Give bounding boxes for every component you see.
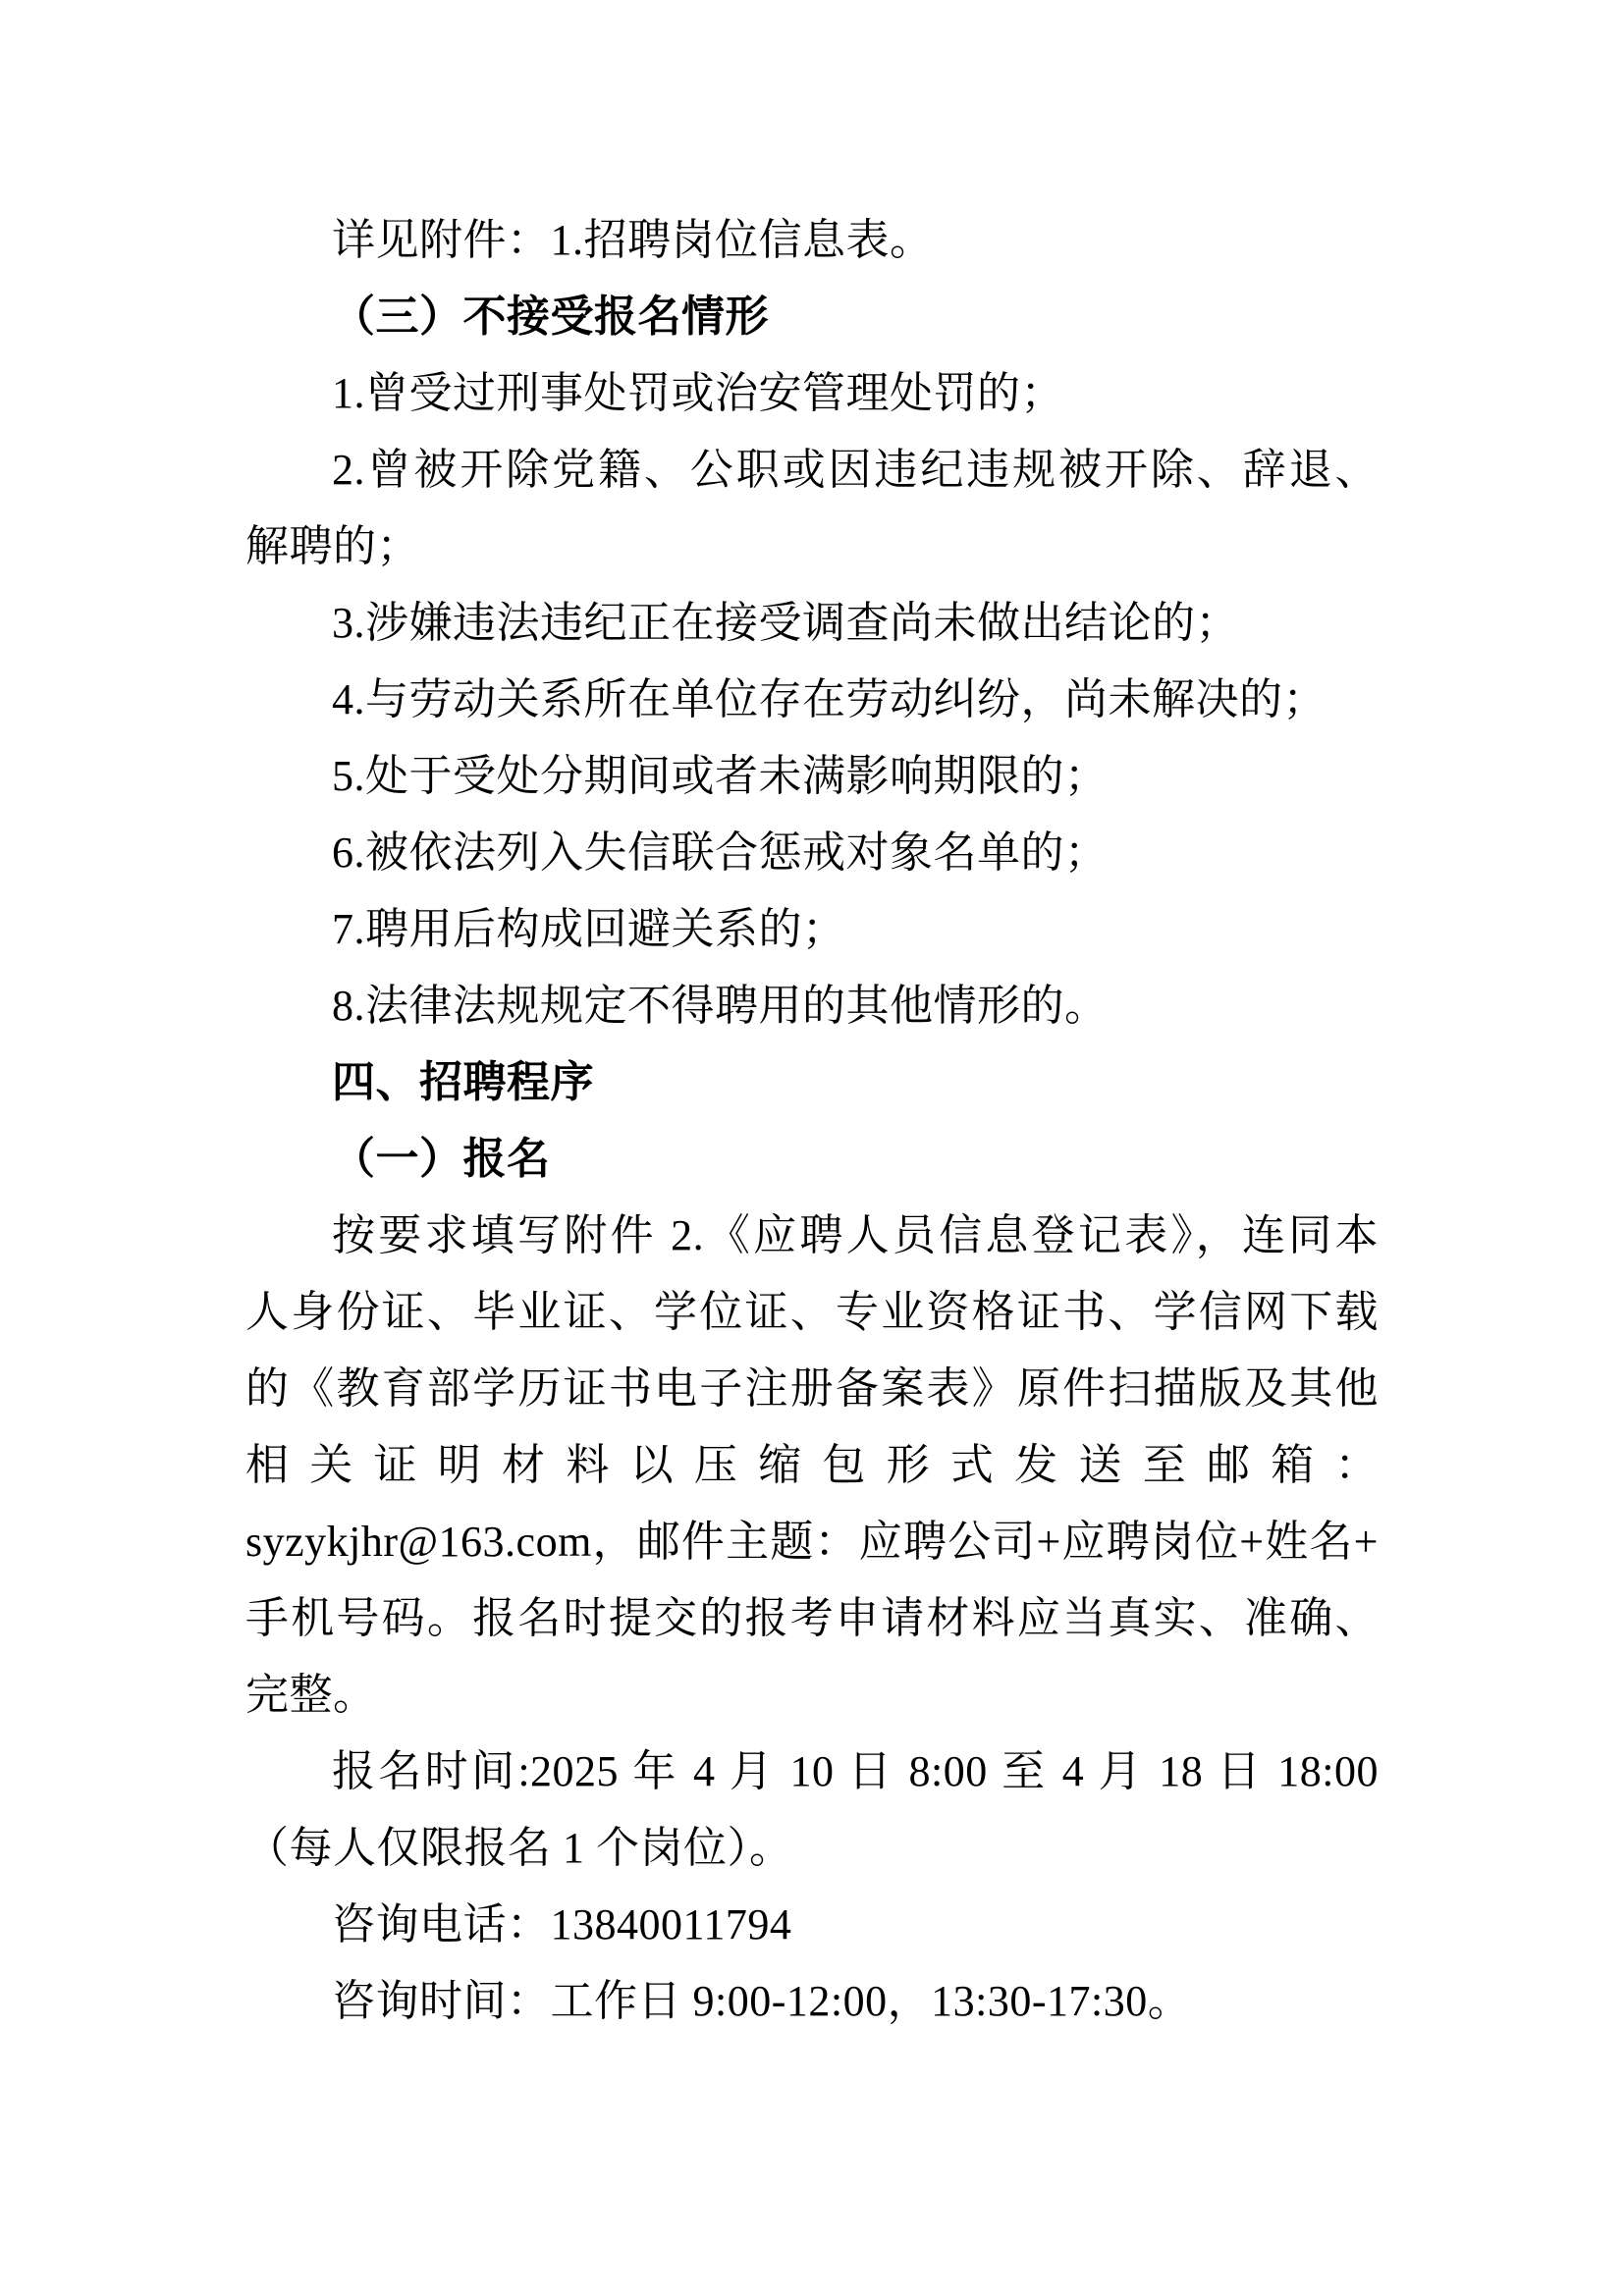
body-line: 3.涉嫌违法违纪正在接受调查尚未做出结论的；: [245, 585, 1379, 662]
body-line: 8.法律法规规定不得聘用的其他情形的。: [245, 968, 1379, 1044]
document-body: 详见附件：1.招聘岗位信息表。 （三）不接受报名情形 1.曾受过刑事处罚或治安管…: [245, 202, 1379, 2040]
body-line-registration-time: 报名时间:2025 年 4 月 10 日 8:00 至 4 月 18 日 18:…: [245, 1734, 1379, 1810]
body-line: 7.聘用后构成回避关系的；: [245, 891, 1379, 968]
document-page: 详见附件：1.招聘岗位信息表。 （三）不接受报名情形 1.曾受过刑事处罚或治安管…: [0, 0, 1624, 2296]
body-line: 4.与劳动关系所在单位存在劳动纠纷，尚未解决的；: [245, 662, 1379, 738]
body-line: （每人仅限报名 1 个岗位）。: [245, 1810, 1379, 1887]
body-line: 按要求填写附件 2.《应聘人员信息登记表》，连同本: [245, 1198, 1379, 1274]
body-line: 解聘的；: [245, 508, 1379, 585]
body-line-phone: 咨询电话：13840011794: [245, 1887, 1379, 1963]
section-heading-ineligibility: （三）不接受报名情形: [245, 279, 1379, 355]
section-heading-registration: （一）报名: [245, 1121, 1379, 1198]
body-line: 手机号码。报名时提交的报考申请材料应当真实、准确、: [245, 1580, 1379, 1657]
body-line: 2.曾被开除党籍、公职或因违纪违规被开除、辞退、: [245, 432, 1379, 508]
body-line-consult-time: 咨询时间：工作日 9:00-12:00，13:30-17:30。: [245, 1963, 1379, 2040]
body-line-email: syzykjhr@163.com，邮件主题：应聘公司+应聘岗位+姓名+: [245, 1504, 1379, 1580]
body-line: 相关证明材料以压缩包形式发送至邮箱：: [245, 1427, 1379, 1504]
body-line: 1.曾受过刑事处罚或治安管理处罚的；: [245, 355, 1379, 432]
body-line: 详见附件：1.招聘岗位信息表。: [245, 202, 1379, 279]
body-line: 人身份证、毕业证、学位证、专业资格证书、学信网下载: [245, 1274, 1379, 1351]
body-line: 的《教育部学历证书电子注册备案表》原件扫描版及其他: [245, 1351, 1379, 1427]
section-heading-recruitment-procedure: 四、招聘程序: [245, 1044, 1379, 1121]
body-line: 6.被依法列入失信联合惩戒对象名单的；: [245, 815, 1379, 891]
body-line: 5.处于受处分期间或者未满影响期限的；: [245, 738, 1379, 815]
body-line: 完整。: [245, 1657, 1379, 1734]
